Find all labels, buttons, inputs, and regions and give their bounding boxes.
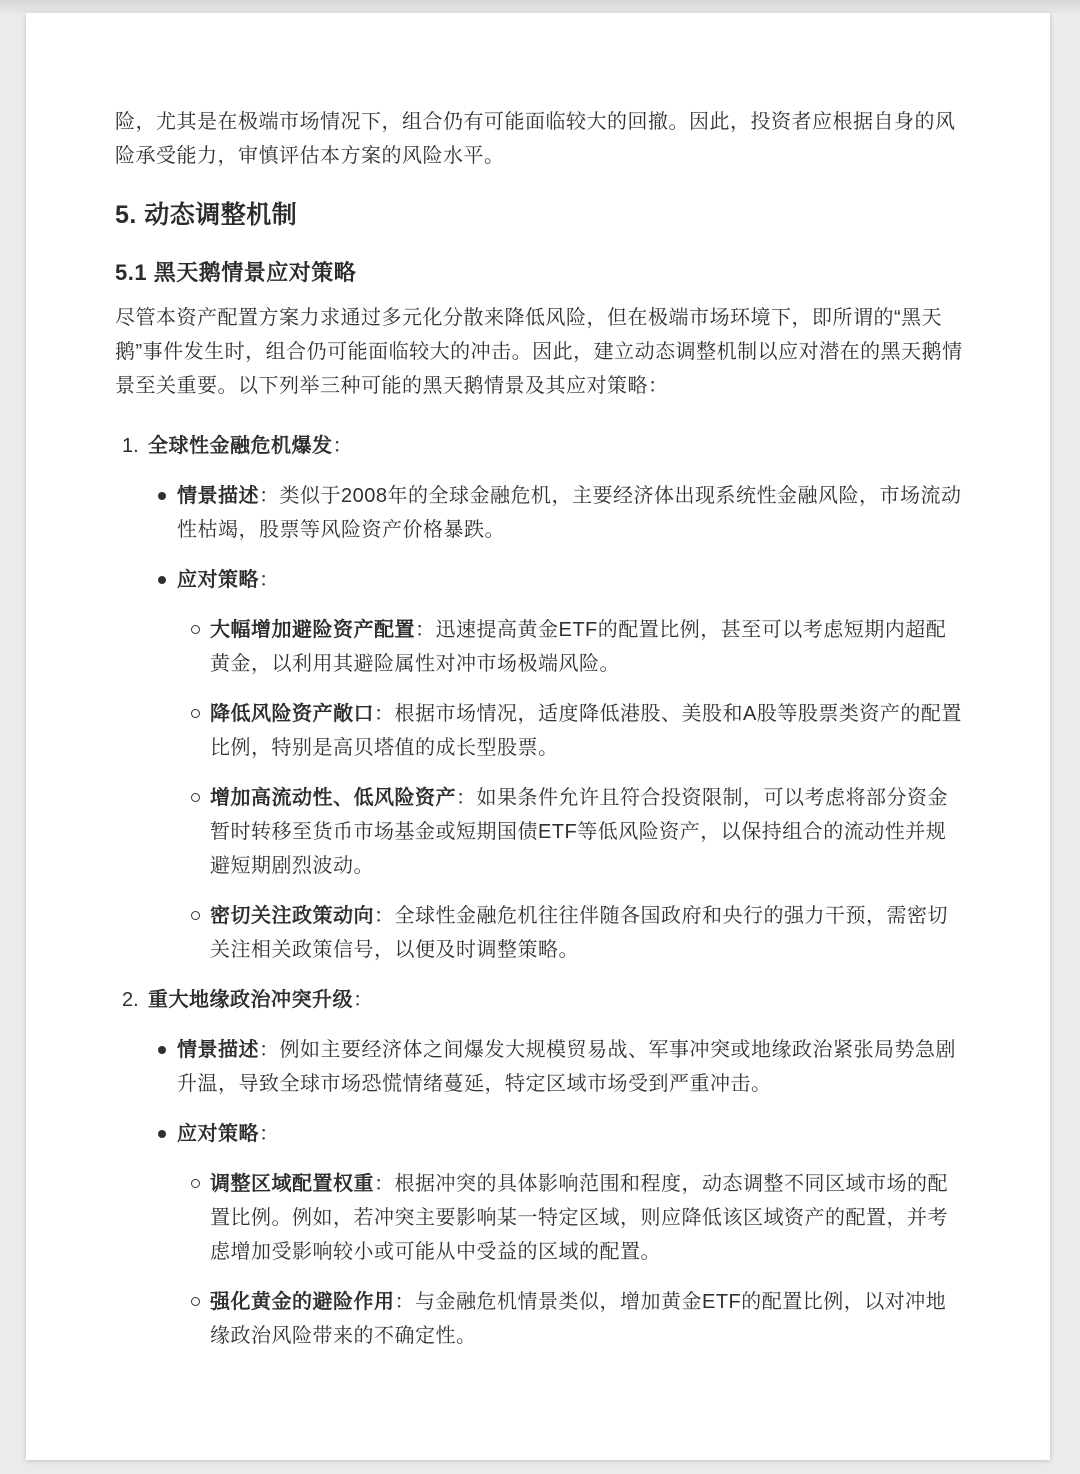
list-item: 强化黄金的避险作用：与金融危机情景类似，增加黄金ETF的配置比例，以对冲地缘政治… bbox=[210, 1285, 963, 1353]
bullet-line: 应对策略： bbox=[177, 563, 963, 597]
list-item-scenario-1: 1. 全球性金融危机爆发： 情景描述：类似于2008年的全球金融危机，主要经济体… bbox=[115, 429, 963, 967]
bullet-line: 情景描述：类似于2008年的全球金融危机，主要经济体出现系统性金融风险，市场流动… bbox=[177, 479, 963, 547]
document-page: 险，尤其是在极端市场情况下，组合仍有可能面临较大的回撤。因此，投资者应根据自身的… bbox=[26, 13, 1050, 1460]
sub-bullet-list: 调整区域配置权重：根据冲突的具体影响范围和程度，动态调整不同区域市场的配置比例。… bbox=[210, 1167, 963, 1353]
sub-bullet-line: 强化黄金的避险作用：与金融危机情景类似，增加黄金ETF的配置比例，以对冲地缘政治… bbox=[210, 1285, 963, 1353]
bullet-line: 应对策略： bbox=[177, 1117, 963, 1151]
bullet-text: ： bbox=[259, 569, 280, 591]
scenario-title: 全球性金融危机爆发： bbox=[148, 429, 963, 463]
bullet-text: ：类似于2008年的全球金融危机，主要经济体出现系统性金融风险，市场流动性枯竭，… bbox=[177, 485, 962, 541]
bullet-list: 情景描述：例如主要经济体之间爆发大规模贸易战、军事冲突或地缘政治紧张局势急剧升温… bbox=[177, 1033, 963, 1353]
bullet-text: ：例如主要经济体之间爆发大规模贸易战、军事冲突或地缘政治紧张局势急剧升温，导致全… bbox=[177, 1039, 956, 1095]
list-item-scenario-2: 2. 重大地缘政治冲突升级： 情景描述：例如主要经济体之间爆发大规模贸易战、军事… bbox=[115, 983, 963, 1353]
circle-bullet-icon bbox=[191, 1297, 200, 1306]
bullet-icon bbox=[158, 576, 166, 584]
bullet-list: 情景描述：类似于2008年的全球金融危机，主要经济体出现系统性金融风险，市场流动… bbox=[177, 479, 963, 967]
circle-bullet-icon bbox=[191, 793, 200, 802]
subsection-heading: 5.1 黑天鹅情景应对策略 bbox=[115, 258, 963, 288]
scenario-text: ： bbox=[353, 989, 374, 1011]
list-number: 2. bbox=[122, 983, 139, 1017]
list-item: 降低风险资产敞口：根据市场情况，适度降低港股、美股和A股等股票类资产的配置比例，… bbox=[210, 697, 963, 765]
circle-bullet-icon bbox=[191, 1179, 200, 1188]
sub-bullet-label: 调整区域配置权重 bbox=[210, 1173, 374, 1195]
overview-paragraph: 尽管本资产配置方案力求通过多元化分散来降低风险，但在极端市场环境下，即所谓的“黑… bbox=[115, 301, 963, 403]
bullet-icon bbox=[158, 492, 166, 500]
list-item: 调整区域配置权重：根据冲突的具体影响范围和程度，动态调整不同区域市场的配置比例。… bbox=[210, 1167, 963, 1269]
sub-bullet-line: 大幅增加避险资产配置：迅速提高黄金ETF的配置比例，甚至可以考虑短期内超配黄金，… bbox=[210, 613, 963, 681]
bullet-label: 应对策略 bbox=[177, 1123, 259, 1145]
document-viewer: 险，尤其是在极端市场情况下，组合仍有可能面临较大的回撤。因此，投资者应根据自身的… bbox=[0, 0, 1080, 1474]
sub-bullet-list: 大幅增加避险资产配置：迅速提高黄金ETF的配置比例，甚至可以考虑短期内超配黄金，… bbox=[210, 613, 963, 967]
bullet-icon bbox=[158, 1046, 166, 1054]
bullet-icon bbox=[158, 1130, 166, 1138]
list-item: 情景描述：例如主要经济体之间爆发大规模贸易战、军事冲突或地缘政治紧张局势急剧升温… bbox=[177, 1033, 963, 1101]
sub-bullet-label: 强化黄金的避险作用 bbox=[210, 1291, 395, 1313]
sub-bullet-line: 密切关注政策动向：全球性金融危机往往伴随各国政府和央行的强力干预，需密切关注相关… bbox=[210, 899, 963, 967]
scenario-list: 1. 全球性金融危机爆发： 情景描述：类似于2008年的全球金融危机，主要经济体… bbox=[115, 429, 963, 1353]
list-item: 情景描述：类似于2008年的全球金融危机，主要经济体出现系统性金融风险，市场流动… bbox=[177, 479, 963, 547]
sub-bullet-label: 增加高流动性、低风险资产 bbox=[210, 787, 456, 809]
sub-bullet-line: 增加高流动性、低风险资产：如果条件允许且符合投资限制，可以考虑将部分资金暂时转移… bbox=[210, 781, 963, 883]
scenario-label: 全球性金融危机爆发 bbox=[148, 435, 333, 457]
circle-bullet-icon bbox=[191, 709, 200, 718]
intro-paragraph: 险，尤其是在极端市场情况下，组合仍有可能面临较大的回撤。因此，投资者应根据自身的… bbox=[115, 105, 963, 173]
sub-bullet-line: 降低风险资产敞口：根据市场情况，适度降低港股、美股和A股等股票类资产的配置比例，… bbox=[210, 697, 963, 765]
circle-bullet-icon bbox=[191, 911, 200, 920]
bullet-line: 情景描述：例如主要经济体之间爆发大规模贸易战、军事冲突或地缘政治紧张局势急剧升温… bbox=[177, 1033, 963, 1101]
bullet-text: ： bbox=[259, 1123, 280, 1145]
section-heading: 5. 动态调整机制 bbox=[115, 199, 963, 232]
viewer-top-edge bbox=[0, 0, 1080, 13]
list-item: 增加高流动性、低风险资产：如果条件允许且符合投资限制，可以考虑将部分资金暂时转移… bbox=[210, 781, 963, 883]
list-item: 应对策略： 调整区域配置权重：根据冲突的具体影响范围和程度，动态调整不同区域市场… bbox=[177, 1117, 963, 1353]
scenario-text: ： bbox=[333, 435, 354, 457]
list-number: 1. bbox=[122, 429, 139, 463]
list-item: 密切关注政策动向：全球性金融危机往往伴随各国政府和央行的强力干预，需密切关注相关… bbox=[210, 899, 963, 967]
circle-bullet-icon bbox=[191, 625, 200, 634]
sub-bullet-label: 密切关注政策动向 bbox=[210, 905, 374, 927]
sub-bullet-label: 降低风险资产敞口 bbox=[210, 703, 374, 725]
bullet-label: 情景描述 bbox=[177, 485, 259, 507]
sub-bullet-label: 大幅增加避险资产配置 bbox=[210, 619, 415, 641]
list-item: 大幅增加避险资产配置：迅速提高黄金ETF的配置比例，甚至可以考虑短期内超配黄金，… bbox=[210, 613, 963, 681]
scenario-label: 重大地缘政治冲突升级 bbox=[148, 989, 353, 1011]
bullet-label: 应对策略 bbox=[177, 569, 259, 591]
list-item: 应对策略： 大幅增加避险资产配置：迅速提高黄金ETF的配置比例，甚至可以考虑短期… bbox=[177, 563, 963, 967]
bullet-label: 情景描述 bbox=[177, 1039, 259, 1061]
scenario-title: 重大地缘政治冲突升级： bbox=[148, 983, 963, 1017]
sub-bullet-line: 调整区域配置权重：根据冲突的具体影响范围和程度，动态调整不同区域市场的配置比例。… bbox=[210, 1167, 963, 1269]
